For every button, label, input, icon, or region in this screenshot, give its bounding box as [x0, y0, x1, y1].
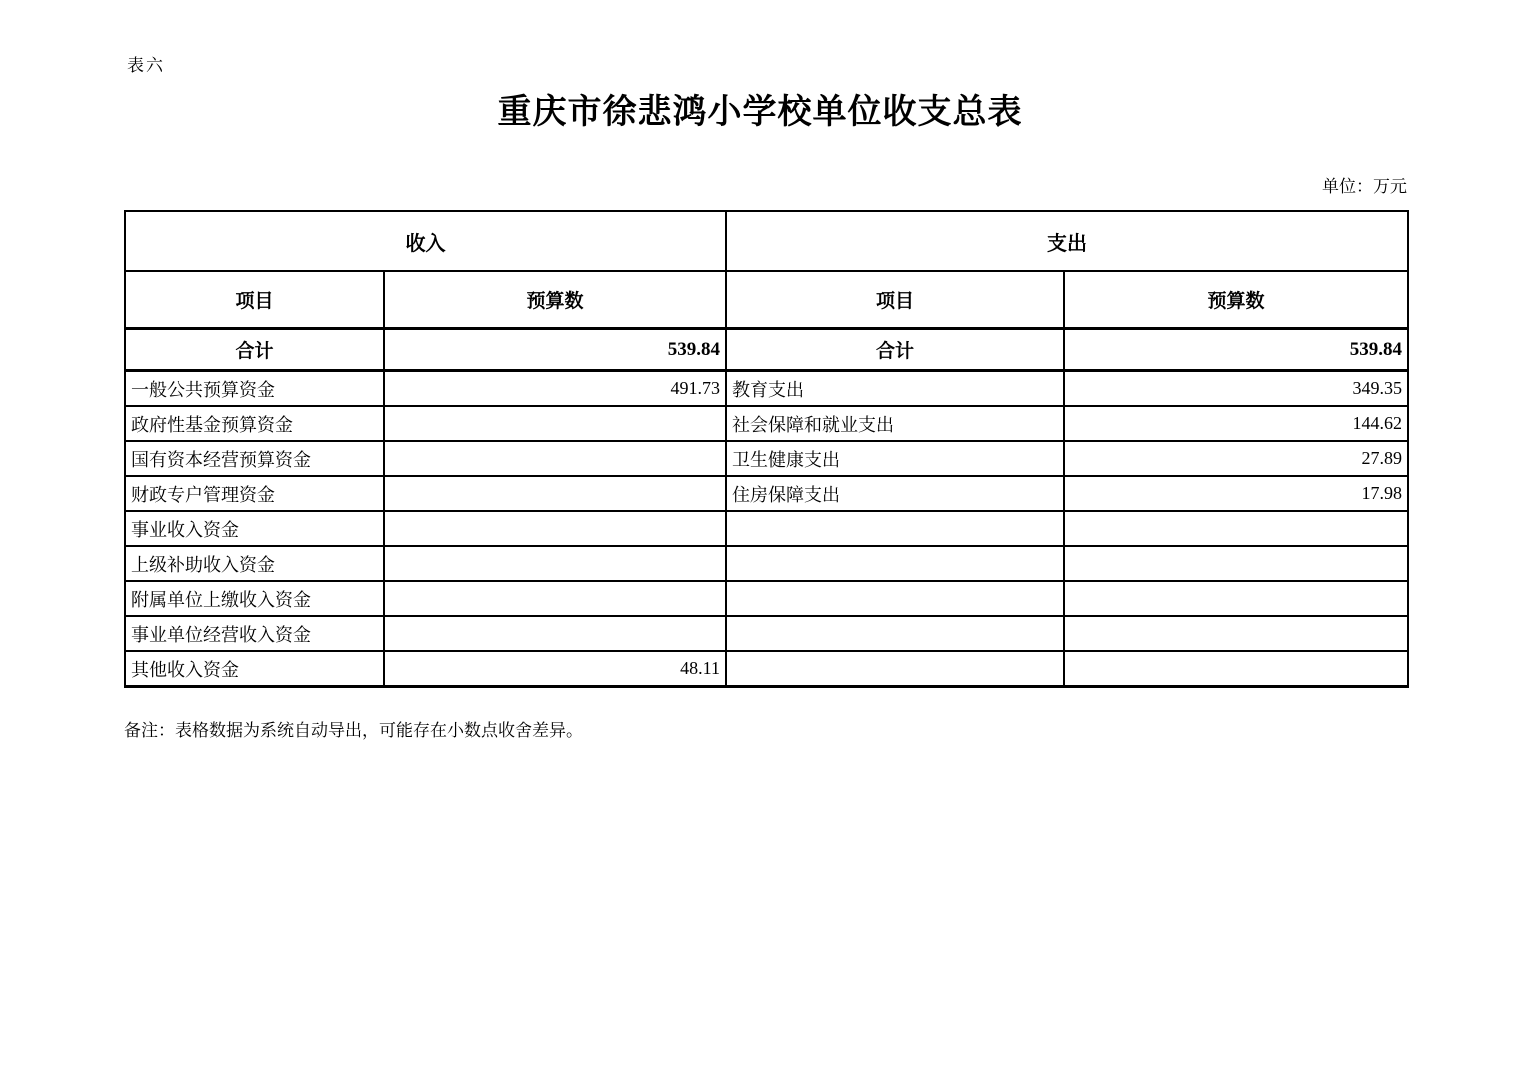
income-budget-column-header: 预算数 [384, 271, 726, 329]
expense-total-value: 539.84 [1064, 329, 1408, 371]
expense-value [1064, 651, 1408, 687]
income-item: 上级补助收入资金 [125, 546, 384, 581]
expense-value [1064, 511, 1408, 546]
expense-value [1064, 616, 1408, 651]
expense-item [726, 546, 1064, 581]
income-value [384, 406, 726, 441]
expense-value: 27.89 [1064, 441, 1408, 476]
budget-summary-table: 收入 支出 项目 预算数 项目 预算数 合计 539.84 合计 539.84 … [124, 210, 1409, 688]
income-total-value: 539.84 [384, 329, 726, 371]
expense-item [726, 651, 1064, 687]
expense-value: 144.62 [1064, 406, 1408, 441]
expense-total-label: 合计 [726, 329, 1064, 371]
income-value [384, 616, 726, 651]
income-section-header: 收入 [125, 211, 726, 271]
income-value [384, 441, 726, 476]
income-item: 附属单位上缴收入资金 [125, 581, 384, 616]
income-item: 一般公共预算资金 [125, 371, 384, 407]
column-header-row: 项目 预算数 项目 预算数 [125, 271, 1408, 329]
expense-item [726, 616, 1064, 651]
income-value [384, 546, 726, 581]
income-value: 48.11 [384, 651, 726, 687]
income-item-column-header: 项目 [125, 271, 384, 329]
income-item: 事业收入资金 [125, 511, 384, 546]
expense-section-header: 支出 [726, 211, 1408, 271]
table-row: 一般公共预算资金 491.73 教育支出 349.35 [125, 371, 1408, 407]
table-row: 附属单位上缴收入资金 [125, 581, 1408, 616]
income-item: 政府性基金预算资金 [125, 406, 384, 441]
table-row: 财政专户管理资金 住房保障支出 17.98 [125, 476, 1408, 511]
table-row: 上级补助收入资金 [125, 546, 1408, 581]
expense-value [1064, 546, 1408, 581]
income-item: 国有资本经营预算资金 [125, 441, 384, 476]
table-row: 其他收入资金 48.11 [125, 651, 1408, 687]
income-value [384, 581, 726, 616]
expense-item-column-header: 项目 [726, 271, 1064, 329]
income-item: 事业单位经营收入资金 [125, 616, 384, 651]
unit-note: 单位：万元 [1322, 172, 1407, 197]
table-row: 事业收入资金 [125, 511, 1408, 546]
income-value [384, 476, 726, 511]
expense-item [726, 581, 1064, 616]
document-page: 表六 重庆市徐悲鸿小学校单位收支总表 单位：万元 收入 支出 项目 预算数 项目… [0, 0, 1520, 1074]
expense-item [726, 511, 1064, 546]
expense-value: 349.35 [1064, 371, 1408, 407]
income-value [384, 511, 726, 546]
expense-item: 卫生健康支出 [726, 441, 1064, 476]
income-value: 491.73 [384, 371, 726, 407]
expense-item: 教育支出 [726, 371, 1064, 407]
table-row: 事业单位经营收入资金 [125, 616, 1408, 651]
footer-note: 备注：表格数据为系统自动导出，可能存在小数点收舍差异。 [124, 716, 583, 741]
table-row: 国有资本经营预算资金 卫生健康支出 27.89 [125, 441, 1408, 476]
section-header-row: 收入 支出 [125, 211, 1408, 271]
income-item: 其他收入资金 [125, 651, 384, 687]
expense-item: 住房保障支出 [726, 476, 1064, 511]
income-total-label: 合计 [125, 329, 384, 371]
expense-value: 17.98 [1064, 476, 1408, 511]
total-row: 合计 539.84 合计 539.84 [125, 329, 1408, 371]
income-item: 财政专户管理资金 [125, 476, 384, 511]
page-title: 重庆市徐悲鸿小学校单位收支总表 [0, 84, 1520, 133]
expense-value [1064, 581, 1408, 616]
table-number-label: 表六 [127, 51, 165, 76]
expense-item: 社会保障和就业支出 [726, 406, 1064, 441]
table-row: 政府性基金预算资金 社会保障和就业支出 144.62 [125, 406, 1408, 441]
expense-budget-column-header: 预算数 [1064, 271, 1408, 329]
